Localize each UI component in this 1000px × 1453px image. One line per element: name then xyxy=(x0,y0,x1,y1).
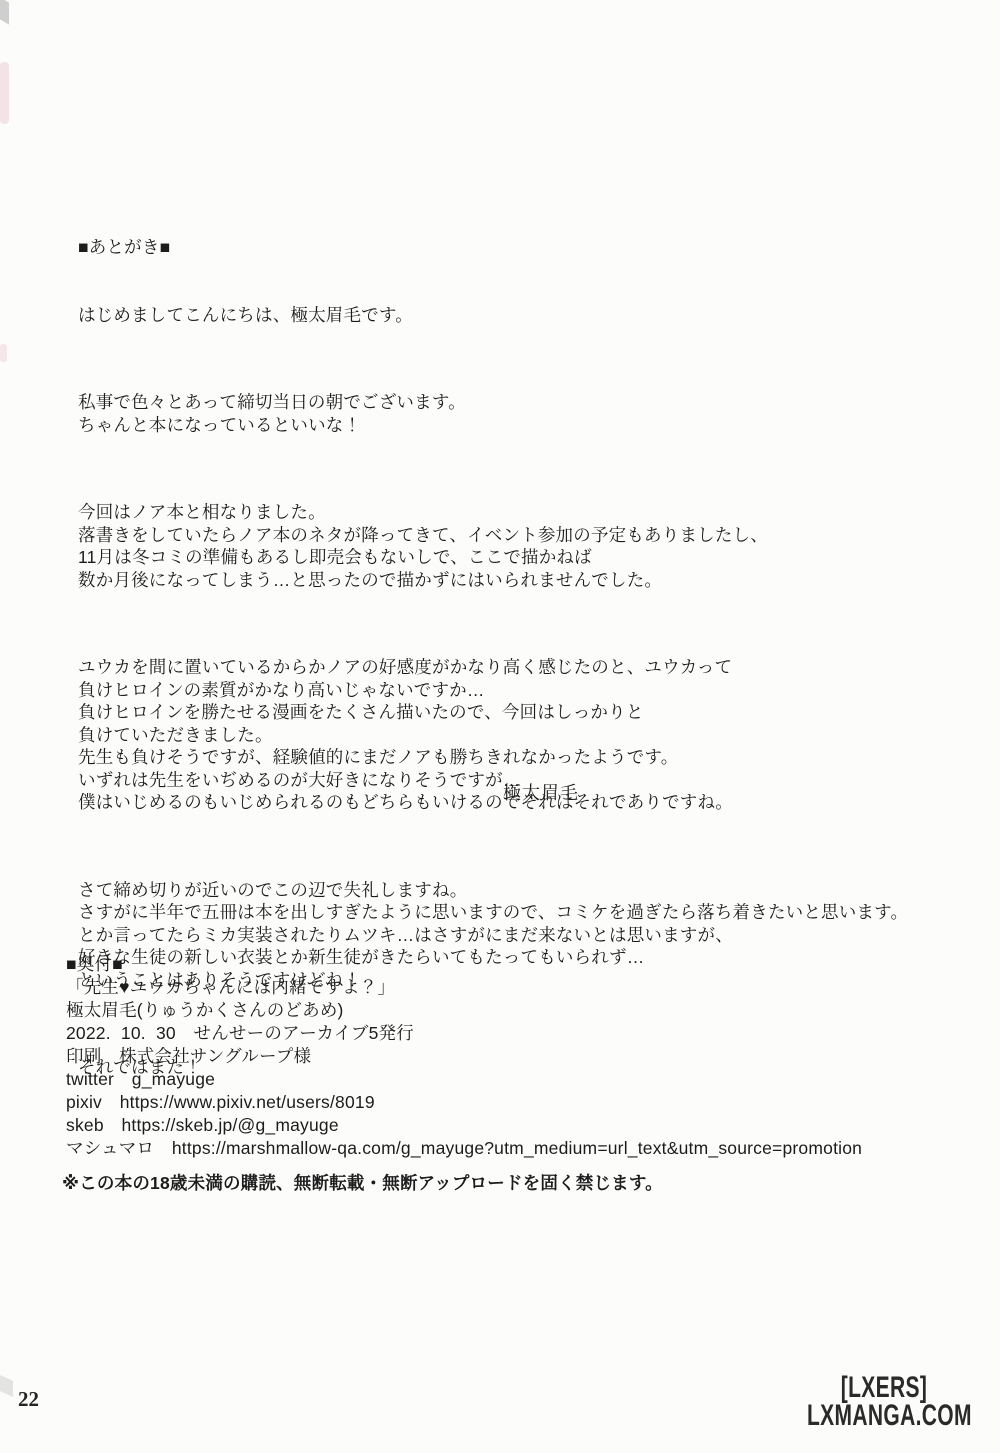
page-number: 22 xyxy=(18,1387,39,1412)
afterword-paragraph: はじめましてこんにちは、極太眉毛です。 xyxy=(78,304,958,327)
watermark-group-name: [LXERS] xyxy=(807,1374,961,1402)
scan-artifact xyxy=(0,0,9,25)
colophon-heading: ■奥付■ xyxy=(66,953,966,976)
author-signature: 極太眉毛 xyxy=(503,779,579,805)
age-restriction-notice: ※この本の18歳未満の購読、無断転載・無断アップロードを固く禁じます。 xyxy=(62,1172,663,1195)
scan-artifact xyxy=(0,344,7,362)
publication-date: 2022. 10. 30 せんせーのアーカイブ5発行 xyxy=(66,1022,966,1045)
afterword-heading: ■あとがき■ xyxy=(78,236,958,259)
afterword-paragraph: 今回はノア本と相なりました。 落書きをしていたらノア本のネタが降ってきて、イベン… xyxy=(78,501,958,591)
afterword-paragraph: 私事で色々とあって締切当日の朝でございます。 ちゃんと本になっているといいな！ xyxy=(78,391,958,436)
scan-page: ■あとがき■ はじめましてこんにちは、極太眉毛です。 私事で色々とあって締切当日… xyxy=(0,0,1000,1453)
colophon-section: ■奥付■ 「先生♥ユウカちゃんには内緒ですよ？」 極太眉毛(りゅうかくさんのどあ… xyxy=(66,953,966,1160)
scan-artifact xyxy=(0,1375,13,1397)
printer-credit: 印刷 株式会社サングループ様 xyxy=(66,1045,966,1068)
book-title: 「先生♥ユウカちゃんには内緒ですよ？」 xyxy=(66,976,966,999)
author-name: 極太眉毛(りゅうかくさんのどあめ) xyxy=(66,999,966,1022)
watermark-site-name: LXMANGA.COM xyxy=(807,1402,961,1430)
author-links: twitter g_mayuge pixiv https://www.pixiv… xyxy=(66,1068,966,1160)
watermark: [LXERS] LXMANGA.COM xyxy=(774,1374,994,1430)
scan-artifact xyxy=(0,62,9,124)
